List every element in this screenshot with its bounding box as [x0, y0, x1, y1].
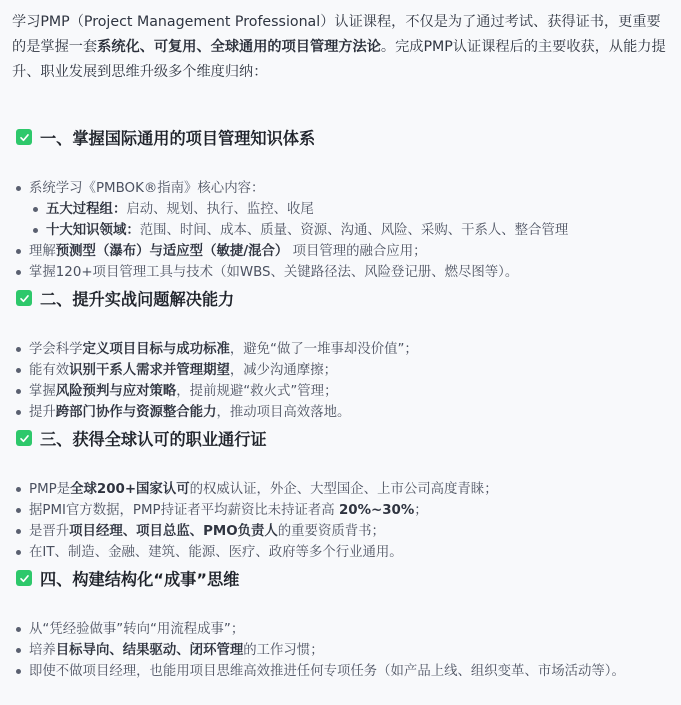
section-2: 二、提升实战问题解决能力学会科学定义项目目标与成功标准，避免“做了一堆事却没价值… — [12, 283, 667, 423]
item-text-prefix: 据PMI官方数据，PMP持证者平均薪资比未持证者高 — [29, 503, 339, 518]
list-item: 系统学习《PMBOK®指南》核心内容： — [12, 178, 667, 199]
item-text-prefix: 掌握 — [29, 384, 56, 399]
item-text: ，推动项目高效落地。 — [216, 405, 350, 420]
section-title: 二、提升实战问题解决能力 — [40, 286, 234, 310]
list-item: 据PMI官方数据，PMP持证者平均薪资比未持证者高 20%~30%； — [12, 500, 667, 521]
section-heading: 三、获得全球认可的职业通行证 — [12, 423, 667, 453]
item-text: 的工作习惯； — [243, 643, 323, 658]
item-text: 在IT、制造、金融、建筑、能源、医疗、政府等多个行业通用。 — [29, 545, 403, 560]
item-text: 从“凭经验做事”转向“用流程成事”； — [29, 622, 244, 637]
section-heading: 二、提升实战问题解决能力 — [12, 283, 667, 313]
document: 学习PMP（Project Management Professional）认证… — [0, 0, 681, 682]
check-box-icon — [16, 129, 32, 145]
item-text: 项目管理的融合应用； — [288, 244, 426, 259]
sub-list-item: 十大知识领域：范围、时间、成本、质量、资源、沟通、风险、采购、干系人、整合管理 — [12, 220, 667, 241]
item-text-prefix: 培养 — [29, 643, 56, 658]
item-bold-text: 风险预判与应对策略 — [56, 384, 177, 399]
item-text: ； — [414, 503, 427, 518]
check-box-icon — [16, 430, 32, 446]
list-item: 提升跨部门协作与资源整合能力，推动项目高效落地。 — [12, 402, 667, 423]
list-item: 从“凭经验做事”转向“用流程成事”； — [12, 619, 667, 640]
item-bold-text: 跨部门协作与资源整合能力 — [56, 405, 217, 420]
item-bold-text: 项目经理、项目总监、PMO负责人 — [69, 524, 278, 539]
item-text-prefix: 理解 — [29, 244, 56, 259]
list-item: 理解预测型（瀑布）与适应型（敏捷/混合） 项目管理的融合应用； — [12, 241, 667, 262]
section-1: 一、掌握国际通用的项目管理知识体系系统学习《PMBOK®指南》核心内容：五大过程… — [12, 122, 667, 283]
item-text-prefix: 能有效 — [29, 363, 69, 378]
section-heading: 一、掌握国际通用的项目管理知识体系 — [12, 122, 667, 152]
list-item: 学会科学定义项目目标与成功标准，避免“做了一堆事却没价值”； — [12, 339, 667, 360]
item-text: ，提前规避“救火式”管理； — [176, 384, 337, 399]
item-text: 范围、时间、成本、质量、资源、沟通、风险、采购、干系人、整合管理 — [140, 223, 569, 238]
item-bold-text: 五大过程组： — [46, 202, 126, 217]
bullet-list: 系统学习《PMBOK®指南》核心内容：五大过程组：启动、规划、执行、监控、收尾十… — [12, 178, 667, 283]
item-text: 的权威认证，外企、大型国企、上市公司高度青睐； — [190, 482, 498, 497]
item-text: 的重要资质背书； — [278, 524, 385, 539]
intro-paragraph: 学习PMP（Project Management Professional）认证… — [12, 10, 667, 85]
section-4: 四、构建结构化“成事”思维从“凭经验做事”转向“用流程成事”；培养目标导向、结果… — [12, 563, 667, 682]
check-box-icon — [16, 290, 32, 306]
item-text-prefix: PMP是 — [29, 482, 70, 497]
item-bold-text: 预测型（瀑布）与适应型（敏捷/混合） — [56, 244, 289, 259]
item-text-prefix: 学会科学 — [29, 342, 83, 357]
item-text: ，减少沟通摩擦； — [230, 363, 337, 378]
intro-bold-text: 系统化、可复用、全球通用的项目管理方法论 — [97, 39, 381, 55]
bullet-list: PMP是全球200+国家认可的权威认证，外企、大型国企、上市公司高度青睐；据PM… — [12, 479, 667, 563]
list-item: 培养目标导向、结果驱动、闭环管理的工作习惯； — [12, 640, 667, 661]
list-item: 能有效识别干系人需求并管理期望，减少沟通摩擦； — [12, 360, 667, 381]
item-bold-text: 全球200+国家认可 — [70, 482, 190, 497]
item-text: 即使不做项目经理，也能用项目思维高效推进任何专项任务（如产品上线、组织变革、市场… — [29, 664, 625, 679]
item-text: ，避免“做了一堆事却没价值”； — [230, 342, 418, 357]
item-bold-text: 定义项目目标与成功标准 — [83, 342, 230, 357]
section-title: 四、构建结构化“成事”思维 — [40, 566, 239, 590]
item-text: 系统学习《PMBOK®指南》核心内容： — [29, 181, 264, 196]
bullet-list: 从“凭经验做事”转向“用流程成事”；培养目标导向、结果驱动、闭环管理的工作习惯；… — [12, 619, 667, 682]
list-item: 是晋升项目经理、项目总监、PMO负责人的重要资质背书； — [12, 521, 667, 542]
list-item: 即使不做项目经理，也能用项目思维高效推进任何专项任务（如产品上线、组织变革、市场… — [12, 661, 667, 682]
list-item: 掌握120+项目管理工具与技术（如WBS、关键路径法、风险登记册、燃尽图等）。 — [12, 262, 667, 283]
list-item: 掌握风险预判与应对策略，提前规避“救火式”管理； — [12, 381, 667, 402]
list-item: 在IT、制造、金融、建筑、能源、医疗、政府等多个行业通用。 — [12, 542, 667, 563]
bullet-list: 学会科学定义项目目标与成功标准，避免“做了一堆事却没价值”；能有效识别干系人需求… — [12, 339, 667, 423]
item-text: 掌握120+项目管理工具与技术（如WBS、关键路径法、风险登记册、燃尽图等）。 — [29, 265, 518, 280]
item-text-prefix: 提升 — [29, 405, 56, 420]
item-bold-text: 20%~30% — [339, 503, 414, 518]
check-box-icon — [16, 570, 32, 586]
list-item: PMP是全球200+国家认可的权威认证，外企、大型国企、上市公司高度青睐； — [12, 479, 667, 500]
sections-container: 一、掌握国际通用的项目管理知识体系系统学习《PMBOK®指南》核心内容：五大过程… — [12, 122, 667, 682]
section-title: 一、掌握国际通用的项目管理知识体系 — [40, 125, 315, 149]
sub-list-item: 五大过程组：启动、规划、执行、监控、收尾 — [12, 199, 667, 220]
item-text-prefix: 是晋升 — [29, 524, 69, 539]
section-heading: 四、构建结构化“成事”思维 — [12, 563, 667, 593]
section-3: 三、获得全球认可的职业通行证PMP是全球200+国家认可的权威认证，外企、大型国… — [12, 423, 667, 563]
item-bold-text: 目标导向、结果驱动、闭环管理 — [56, 643, 243, 658]
item-bold-text: 识别干系人需求并管理期望 — [69, 363, 230, 378]
item-bold-text: 十大知识领域： — [46, 223, 140, 238]
section-title: 三、获得全球认可的职业通行证 — [40, 426, 267, 450]
item-text: 启动、规划、执行、监控、收尾 — [126, 202, 313, 217]
